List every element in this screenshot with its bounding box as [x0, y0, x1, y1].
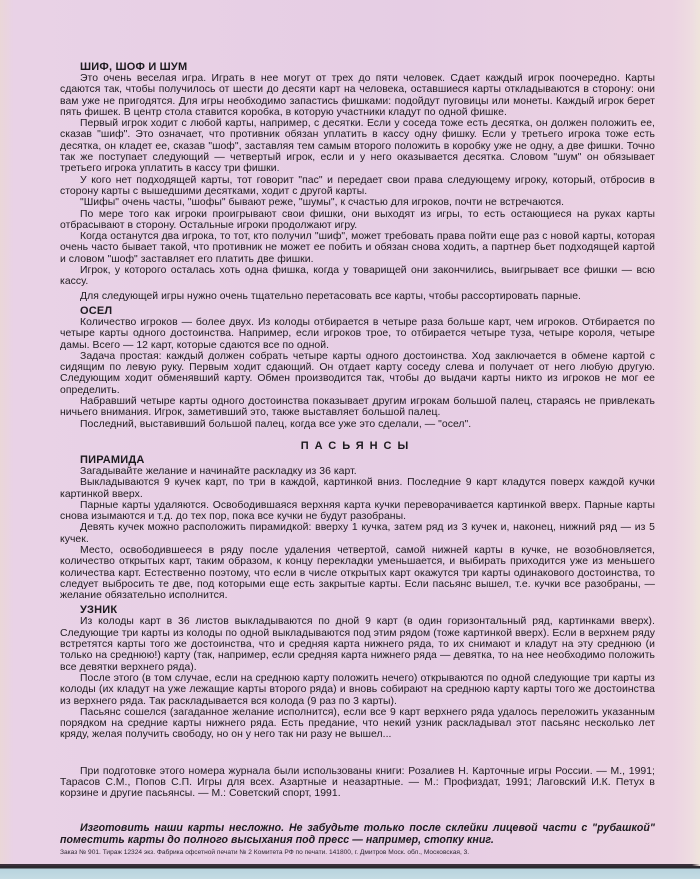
paragraph: Загадывайте желание и начинайте раскладк… [60, 466, 655, 477]
imprint-line: Заказ № 901. Тираж 12324 экз. Фабрика оф… [60, 849, 660, 857]
magazine-page: ШИФ, ШОФ И ШУМ Это очень веселая игра. И… [0, 0, 700, 866]
paragraph: Для следующей игры нужно очень тщательно… [60, 291, 655, 302]
solitaire-title-uznik: УЗНИК [60, 604, 655, 616]
paragraph: Парные карты удаляются. Освободившаяся в… [60, 500, 655, 523]
paragraph: "Шифы" очень часты, "шофы" бывают реже, … [60, 197, 655, 208]
paragraph: Выкладываются 9 кучек карт, по три в каж… [60, 477, 655, 500]
paragraph: Задача простая: каждый должен собрать че… [60, 351, 655, 396]
note-text: Изготовить наши карты несложно. Не забуд… [60, 822, 655, 846]
paragraph: Последний, выставивший большой палец, ко… [60, 419, 655, 430]
paragraph: По мере того как игроки проигрывают свои… [60, 209, 655, 232]
paragraph: У кого нет подходящей карты, тот говорит… [60, 175, 655, 198]
references-block: При подготовке этого номера журнала были… [60, 766, 655, 800]
paragraph: Игрок, у которого осталась хоть одна фиш… [60, 265, 655, 288]
paragraph: Из колоды карт в 36 листов выкладываются… [60, 616, 655, 672]
paragraph: Набравший четыре карты одного достоинств… [60, 396, 655, 419]
game-title-osel: ОСЕЛ [60, 305, 655, 317]
section-title-solitaires: ПАСЬЯНСЫ [60, 440, 655, 452]
paragraph: Это очень веселая игра. Играть в нее мог… [60, 73, 655, 118]
paragraph: Количество игроков — более двух. Из коло… [60, 317, 655, 351]
text-column: ШИФ, ШОФ И ШУМ Это очень веселая игра. И… [60, 61, 655, 846]
game-title-shif-shof-shum: ШИФ, ШОФ И ШУМ [60, 61, 655, 73]
page-bottom-edge [0, 866, 700, 879]
paragraph: Пасьянс сошелся (загаданное желание испо… [60, 707, 655, 741]
paragraph: Когда останутся два игрока, то тот, кто … [60, 231, 655, 265]
paragraph: Место, освободившееся в ряду после удале… [60, 545, 655, 601]
solitaire-title-piramida: ПИРАМИДА [60, 454, 655, 466]
paragraph: Девять кучек можно расположить пирамидко… [60, 522, 655, 545]
paragraph: Первый игрок ходит с любой карты, наприм… [60, 118, 655, 174]
note-block: Изготовить наши карты несложно. Не забуд… [60, 822, 655, 846]
paragraph: После этого (в том случае, если на средн… [60, 673, 655, 707]
references-text: При подготовке этого номера журнала были… [60, 766, 655, 800]
